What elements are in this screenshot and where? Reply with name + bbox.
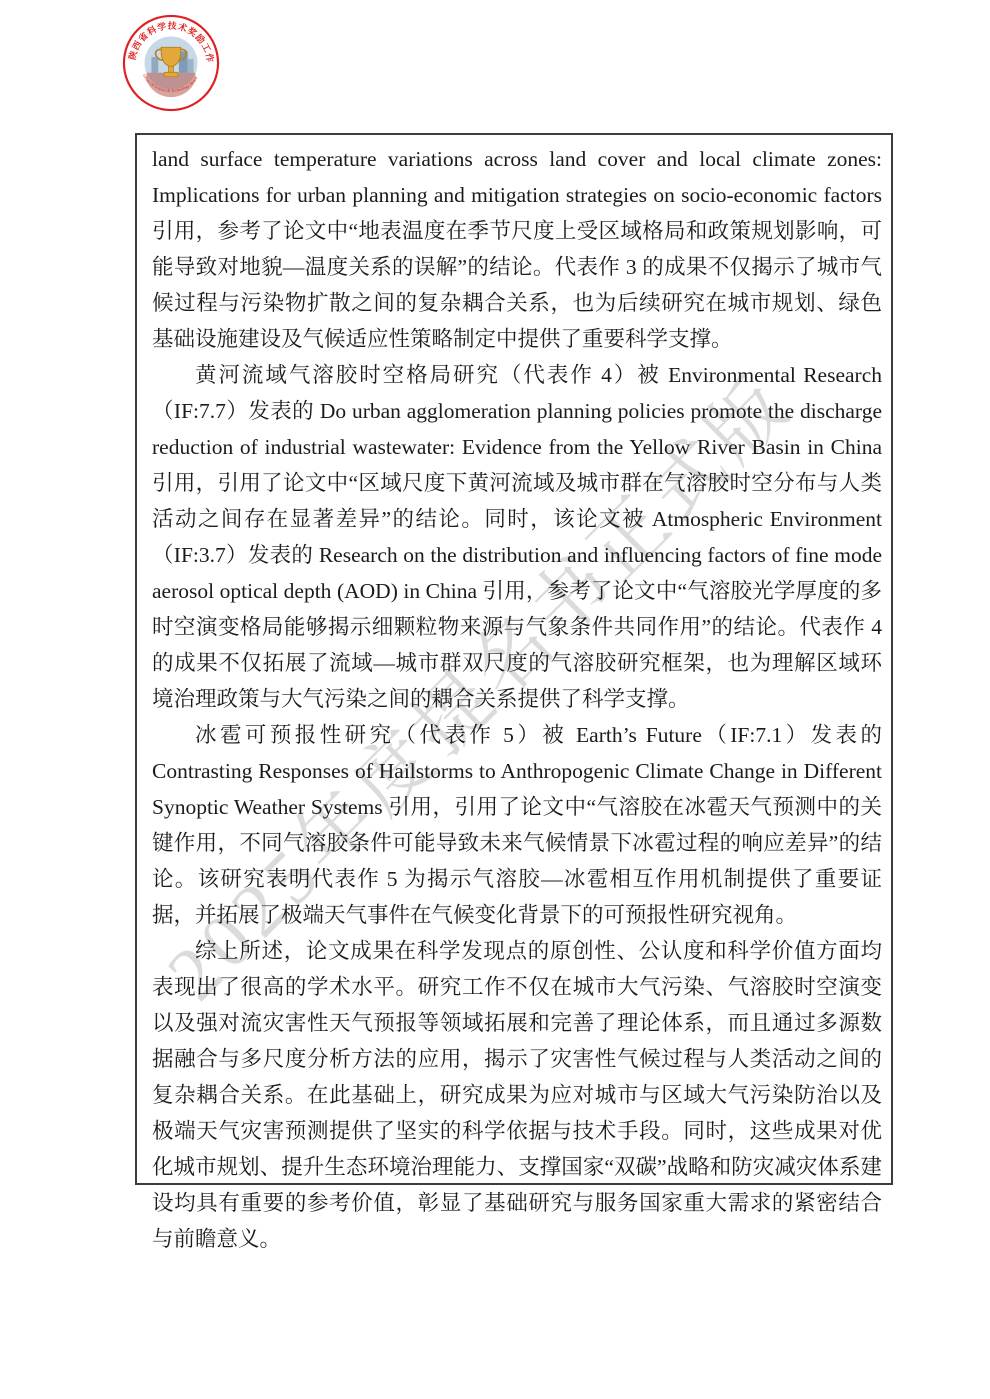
paragraph-representative-work-4: 黄河流域气溶胶时空格局研究（代表作 4）被 Environmental Rese… <box>152 357 882 717</box>
document-text-area: land surface temperature variations acro… <box>137 135 891 1257</box>
document-page: 陕西省科学技术奖励工作办公室 Office Of Science & Techn… <box>0 0 990 1399</box>
paragraph-representative-work-5: 冰雹可预报性研究（代表作 5）被 Earth’s Future（IF:7.1）发… <box>152 717 882 933</box>
document-content-box: land surface temperature variations acro… <box>135 133 893 1185</box>
paragraph-summary: 综上所述，论文成果在科学发现点的原创性、公认度和科学价值方面均表现出了很高的学术… <box>152 933 882 1257</box>
seal-graphic: 陕西省科学技术奖励工作办公室 Office Of Science & Techn… <box>122 14 220 112</box>
paragraph-continued: land surface temperature variations acro… <box>152 141 882 357</box>
award-office-seal: 陕西省科学技术奖励工作办公室 Office Of Science & Techn… <box>122 14 220 112</box>
